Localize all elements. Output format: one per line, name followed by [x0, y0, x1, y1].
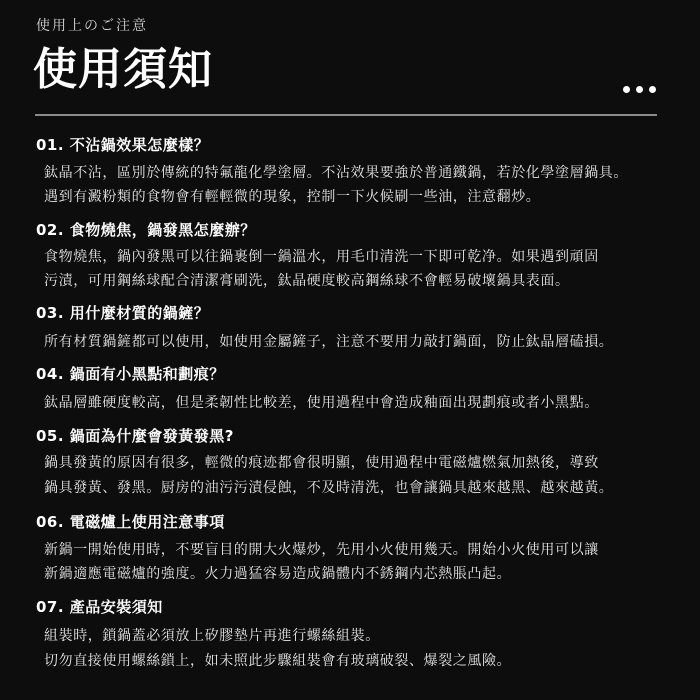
- dot: [636, 86, 643, 93]
- faq-answer-2-line-2: 污漬，可用鋼絲球配合清潔膏刷洗，鈦晶硬度較高鋼絲球不會輕易破壞鍋具表面。: [44, 271, 570, 291]
- page-subtitle: 使用上のご注意: [36, 17, 148, 35]
- faq-answer-4-line-1: 鈦晶層雖硬度較高，但是柔韌性比較差，使用過程中會造成釉面出現劃痕或者小黑點。: [44, 393, 599, 413]
- page-title: 使用須知: [33, 44, 213, 96]
- faq-answer-7-line-1: 組裝時，鎖鍋蓋必須放上矽膠墊片再進行螺絲組裝。: [44, 626, 380, 646]
- faq-question-7: 07. 產品安裝須知: [36, 597, 163, 617]
- ellipsis-icon: [623, 86, 656, 93]
- faq-question-4: 04. 鍋面有小黑點和劃痕？: [36, 364, 225, 384]
- faq-question-6: 06. 電磁爐上使用注意事項: [36, 512, 225, 532]
- faq-question-1: 01. 不沾鍋效果怎麼樣？: [36, 135, 209, 155]
- faq-answer-5-line-2: 鍋具發黃、發黑。厨房的油污污漬侵蝕，不及時清洗，也會讓鍋具越來越黑、越來越黃。: [44, 478, 613, 498]
- dot: [649, 86, 656, 93]
- usage-notice-page: 使用上のご注意 使用須知 01. 不沾鍋效果怎麼樣？ 鈦晶不沾，區別於傳統的特氟…: [0, 0, 700, 700]
- dot: [623, 86, 630, 93]
- faq-answer-6-line-2: 新鍋適應電磁爐的強度。火力過猛容易造成鍋體内不銹鋼内芯熱脹凸起。: [44, 564, 511, 584]
- faq-question-5: 05. 鍋面為什麼會發黃發黑?: [36, 426, 234, 446]
- faq-answer-7-line-2: 切勿直接使用螺絲鎖上，如未照此步驟組裝會有玻璃破裂、爆裂之風險。: [44, 651, 511, 671]
- faq-answer-2-line-1: 食物燒焦，鍋內發黑可以往鍋裹倒一鍋溫水，用毛巾清洗一下即可乾净。如果遇到頑固: [44, 247, 599, 267]
- faq-answer-6-line-1: 新鍋一開始使用時，不要盲目的開大火爆炒，先用小火使用幾天。開始小火使用可以讓: [44, 540, 599, 560]
- faq-question-2: 02. 食物燒焦，鍋發黑怎麼辦？: [36, 220, 256, 240]
- faq-answer-1-line-1: 鈦晶不沾，區別於傳統的特氟龍化學塗層。不沾效果要強於普通鐵鍋，若於化學塗層鍋具。: [44, 163, 628, 183]
- faq-question-3: 03. 用什麼材質的鍋鏟？: [36, 303, 209, 323]
- faq-answer-1-line-2: 遇到有澱粉類的食物會有輕輕微的現象，控制一下火候刷一些油，注意翻炒。: [44, 187, 540, 207]
- header-divider: [35, 114, 657, 116]
- faq-answer-5-line-1: 鍋具發黃的原因有很多，輕微的痕迹都會很明顯，使用過程中電磁爐燃氣加熱後，導致: [44, 453, 599, 473]
- faq-answer-3-line-1: 所有材質鍋鏟都可以使用，如使用金屬鏟子，注意不要用力敲打鍋面，防止鈦晶層磕損。: [44, 332, 613, 352]
